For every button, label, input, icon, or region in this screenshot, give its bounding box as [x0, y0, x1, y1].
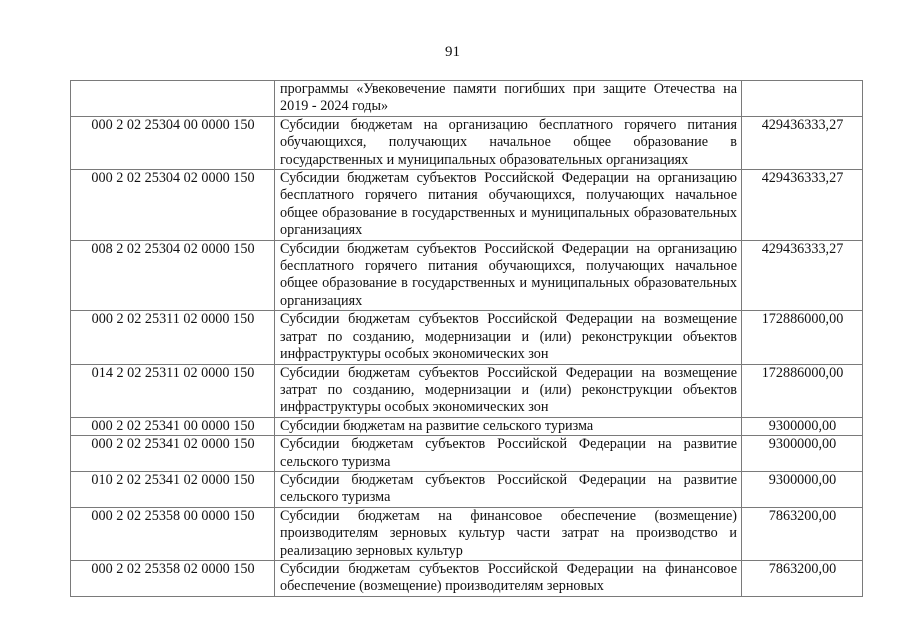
amount-cell: 9300000,00 [742, 436, 863, 472]
code-cell: 000 2 02 25341 02 0000 150 [71, 436, 275, 472]
description-cell: Субсидии бюджетам субъектов Российской Ф… [275, 240, 742, 311]
amount-cell: 7863200,00 [742, 560, 863, 596]
description-cell: Субсидии бюджетам субъектов Российской Ф… [275, 471, 742, 507]
description-cell: Субсидии бюджетам субъектов Российской Ф… [275, 311, 742, 364]
table-row: 000 2 02 25304 00 0000 150Субсидии бюдже… [71, 116, 863, 169]
amount-cell: 429436333,27 [742, 240, 863, 311]
code-cell: 000 2 02 25358 02 0000 150 [71, 560, 275, 596]
code-cell: 000 2 02 25341 00 0000 150 [71, 417, 275, 435]
table-row: 000 2 02 25358 00 0000 150Субсидии бюдже… [71, 507, 863, 560]
amount-cell: 9300000,00 [742, 471, 863, 507]
amount-cell: 172886000,00 [742, 311, 863, 364]
description-cell: Субсидии бюджетам субъектов Российской Ф… [275, 560, 742, 596]
page-number: 91 [0, 44, 905, 61]
table-row: 000 2 02 25358 02 0000 150Субсидии бюдже… [71, 560, 863, 596]
description-cell: программы «Увековечение памяти погибших … [275, 81, 742, 117]
table-row: 000 2 02 25311 02 0000 150Субсидии бюдже… [71, 311, 863, 364]
description-cell: Субсидии бюджетам на организацию бесплат… [275, 116, 742, 169]
table-row: программы «Увековечение памяти погибших … [71, 81, 863, 117]
description-cell: Субсидии бюджетам субъектов Российской Ф… [275, 170, 742, 241]
code-cell: 000 2 02 25304 00 0000 150 [71, 116, 275, 169]
amount-cell: 7863200,00 [742, 507, 863, 560]
amount-cell: 9300000,00 [742, 417, 863, 435]
table-row: 008 2 02 25304 02 0000 150Субсидии бюдже… [71, 240, 863, 311]
code-cell: 008 2 02 25304 02 0000 150 [71, 240, 275, 311]
amount-cell [742, 81, 863, 117]
amount-cell: 429436333,27 [742, 170, 863, 241]
code-cell: 014 2 02 25311 02 0000 150 [71, 364, 275, 417]
code-cell: 000 2 02 25311 02 0000 150 [71, 311, 275, 364]
table-row: 000 2 02 25304 02 0000 150Субсидии бюдже… [71, 170, 863, 241]
table-row: 014 2 02 25311 02 0000 150Субсидии бюдже… [71, 364, 863, 417]
table-row: 000 2 02 25341 00 0000 150Субсидии бюдже… [71, 417, 863, 435]
code-cell [71, 81, 275, 117]
amount-cell: 429436333,27 [742, 116, 863, 169]
description-cell: Субсидии бюджетам на финансовое обеспече… [275, 507, 742, 560]
code-cell: 000 2 02 25358 00 0000 150 [71, 507, 275, 560]
table-row: 010 2 02 25341 02 0000 150Субсидии бюдже… [71, 471, 863, 507]
description-cell: Субсидии бюджетам субъектов Российской Ф… [275, 364, 742, 417]
code-cell: 000 2 02 25304 02 0000 150 [71, 170, 275, 241]
table-row: 000 2 02 25341 02 0000 150Субсидии бюдже… [71, 436, 863, 472]
description-cell: Субсидии бюджетам на развитие сельского … [275, 417, 742, 435]
budget-table: программы «Увековечение памяти погибших … [70, 80, 863, 597]
code-cell: 010 2 02 25341 02 0000 150 [71, 471, 275, 507]
amount-cell: 172886000,00 [742, 364, 863, 417]
description-cell: Субсидии бюджетам субъектов Российской Ф… [275, 436, 742, 472]
